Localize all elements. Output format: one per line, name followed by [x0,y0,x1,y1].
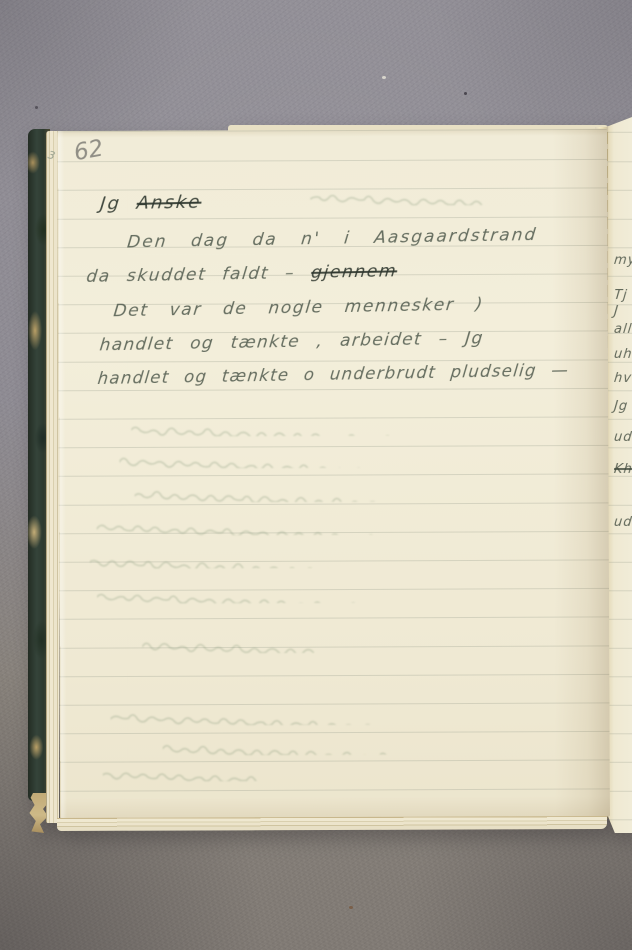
facing-line-fragment: Jg [613,399,629,414]
facing-page-sliver: myTjJalliuhhvJgudKhud ) [606,117,632,833]
photo-of-open-notebook: 3 myTjJalliuhhvJgudKhud ) 62 Jg AnskeDen… [0,0,632,950]
handwriting-line: handlet og tænkte , arbeidet – Jg [99,328,485,355]
handwriting-block: Jg AnskeDen dag da n' i Aasgaardstrandda… [57,129,610,819]
facing-line-fragment: Tj [613,288,628,303]
handwriting-line: da skuddet faldt – gjennem [85,261,398,287]
bottom-page-edges [57,816,607,831]
facing-line-fragment: ud ) [613,515,632,530]
handwriting-line: Den dag da n' i Aasgaardstrand [126,225,538,253]
handwriting-line: Det var de nogle mennesker ) [112,295,484,322]
notebook-page-62: 62 Jg AnskeDen dag da n' i Aasgaardstran… [57,129,610,819]
facing-line-fragment: J [613,304,619,319]
dust-speck [35,106,38,109]
handwritten-text: Den dag da n' i Aasgaardstrand [126,225,538,253]
handwriting-line: Jg Anske [99,192,202,215]
handwritten-text: handlet og tænkte , arbeidet – Jg [99,328,485,355]
handwritten-text: Det var de nogle mennesker ) [112,295,484,322]
handwriting-line: handlet og tænkte o underbrudt pludselig… [97,360,571,388]
handwritten-text: handlet og tænkte o underbrudt pludselig… [97,360,571,388]
facing-line-fragment: ud [613,430,632,445]
dust-speck [382,76,386,79]
facing-line-fragment: alli [613,322,632,337]
notebook: 3 myTjJalliuhhvJgudKhud ) 62 Jg AnskeDen… [0,0,632,950]
facing-line-fragment: my [613,253,632,268]
dust-speck [464,92,467,95]
facing-line-fragment: Kh [613,462,632,477]
struck-word: gjennem [310,261,398,283]
facing-line-fragment: uh [613,347,632,362]
dust-speck [349,906,353,909]
handwritten-text: Jg [99,193,138,215]
handwritten-text: da skuddet faldt – [85,263,312,287]
facing-line-fragment: hv [613,371,632,386]
struck-word: Anske [136,192,203,214]
